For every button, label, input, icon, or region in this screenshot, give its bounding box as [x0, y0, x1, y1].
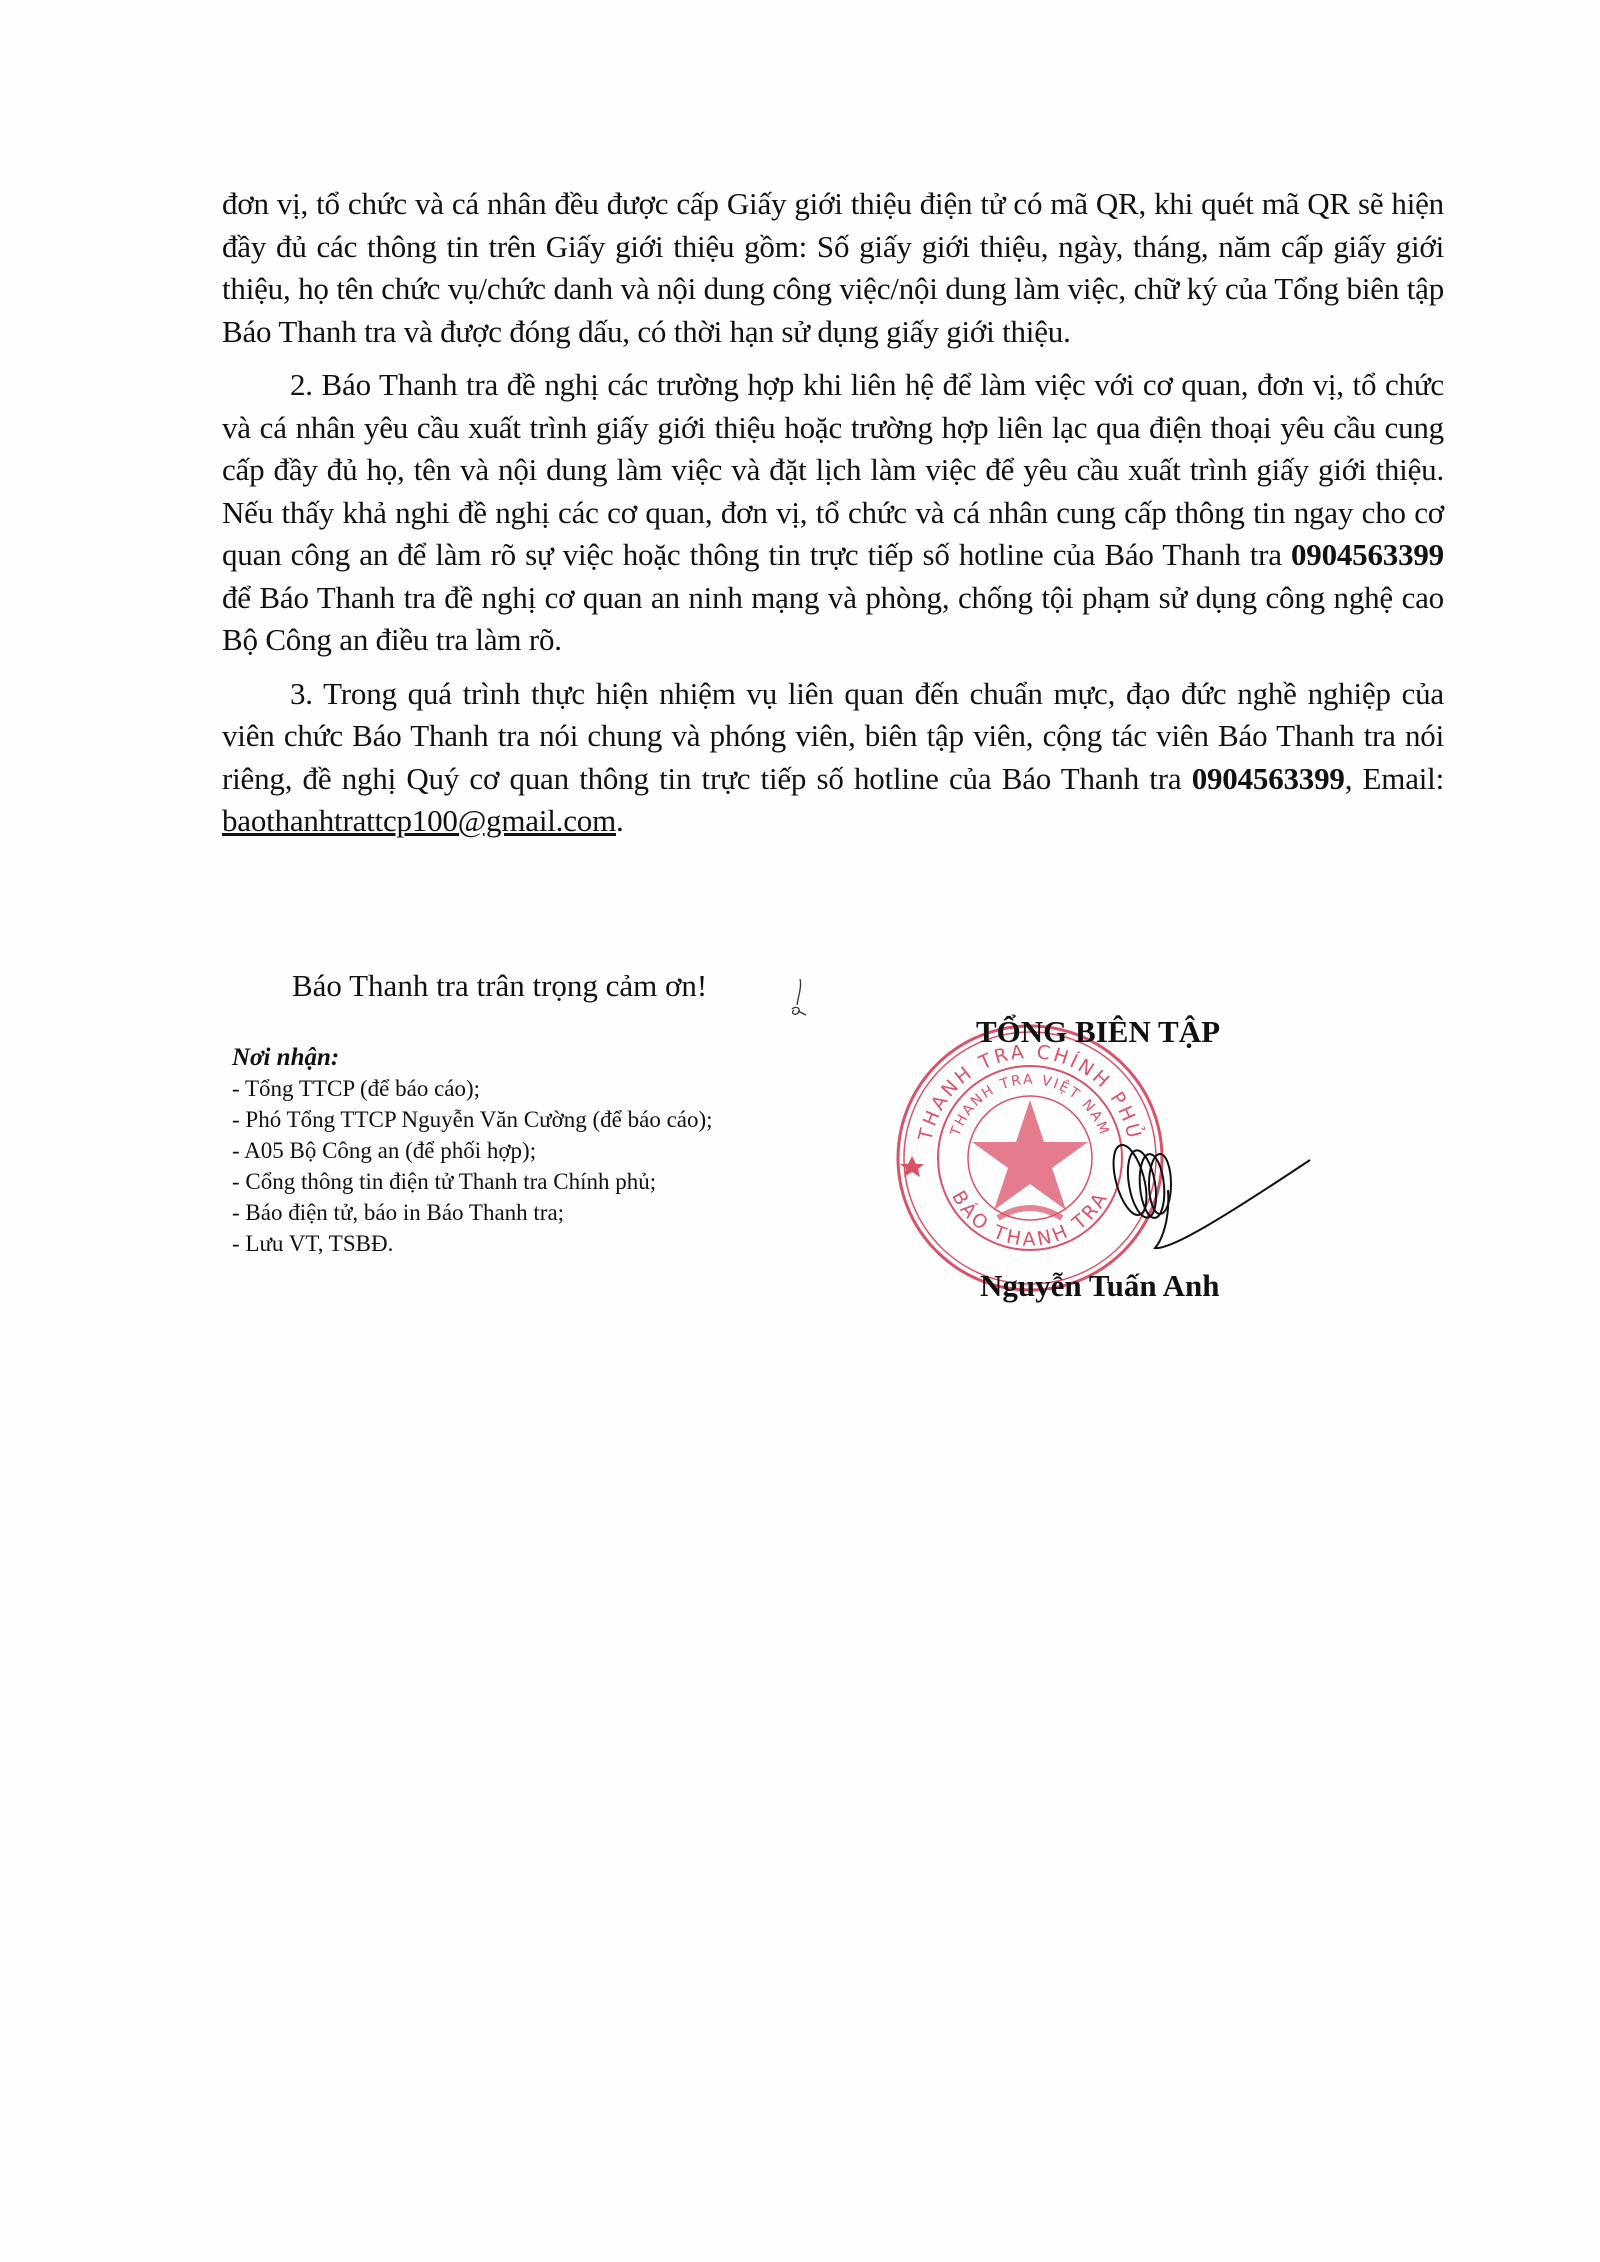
recipient-item: - A05 Bộ Công an (để phối hợp);	[232, 1135, 713, 1166]
letter-body: đơn vị, tổ chức và cá nhân đều được cấp …	[222, 183, 1444, 854]
paragraph-p1-continuation: đơn vị, tổ chức và cá nhân đều được cấp …	[222, 183, 1444, 353]
handwritten-initial-icon	[784, 975, 814, 1025]
recipient-item: - Cổng thông tin điện tử Thanh tra Chính…	[232, 1166, 713, 1197]
recipients-heading: Nơi nhận:	[232, 1042, 713, 1073]
stamp-bottom-text: BÁO THANH TRA	[947, 1187, 1113, 1251]
paragraph-text: .	[616, 803, 624, 838]
paragraph-p3: 3. Trong quá trình thực hiện nhiệm vụ li…	[222, 673, 1444, 843]
paragraph-text: để Báo Thanh tra đề nghị cơ quan an ninh…	[222, 580, 1444, 658]
hotline-number: 0904563399	[1291, 537, 1444, 572]
recipient-item: - Tổng TTCP (để báo cáo);	[232, 1073, 713, 1104]
paragraph-text: 2. Báo Thanh tra đề nghị các trường hợp …	[222, 367, 1444, 572]
recipients-list: - Tổng TTCP (để báo cáo); - Phó Tổng TTC…	[232, 1073, 713, 1259]
signature-block: TỔNG BIÊN TẬP THANH TRA CHÍNH PHỦ THANH …	[880, 1000, 1360, 1320]
document-page: đơn vị, tổ chức và cá nhân đều được cấp …	[0, 0, 1600, 2262]
signer-name: Nguyễn Tuấn Anh	[980, 1268, 1220, 1304]
closing-line: Báo Thanh tra trân trọng cảm ơn!	[292, 965, 707, 1007]
handwritten-signature-icon	[1100, 1130, 1330, 1270]
recipient-item: - Phó Tổng TTCP Nguyễn Văn Cường (để báo…	[232, 1104, 713, 1135]
email-link[interactable]: baothanhtrattcp100@gmail.com	[222, 803, 616, 838]
paragraph-text: đơn vị, tổ chức và cá nhân đều được cấp …	[222, 186, 1444, 349]
recipient-item: - Báo điện tử, báo in Báo Thanh tra;	[232, 1197, 713, 1228]
signer-title: TỔNG BIÊN TẬP	[976, 1014, 1220, 1050]
paragraph-p2: 2. Báo Thanh tra đề nghị các trường hợp …	[222, 364, 1444, 662]
recipient-item: - Lưu VT, TSBĐ.	[232, 1228, 713, 1259]
paragraph-text: , Email:	[1345, 761, 1444, 796]
recipients-block: Nơi nhận: - Tổng TTCP (để báo cáo); - Ph…	[232, 1042, 713, 1259]
hotline-number: 0904563399	[1192, 761, 1345, 796]
